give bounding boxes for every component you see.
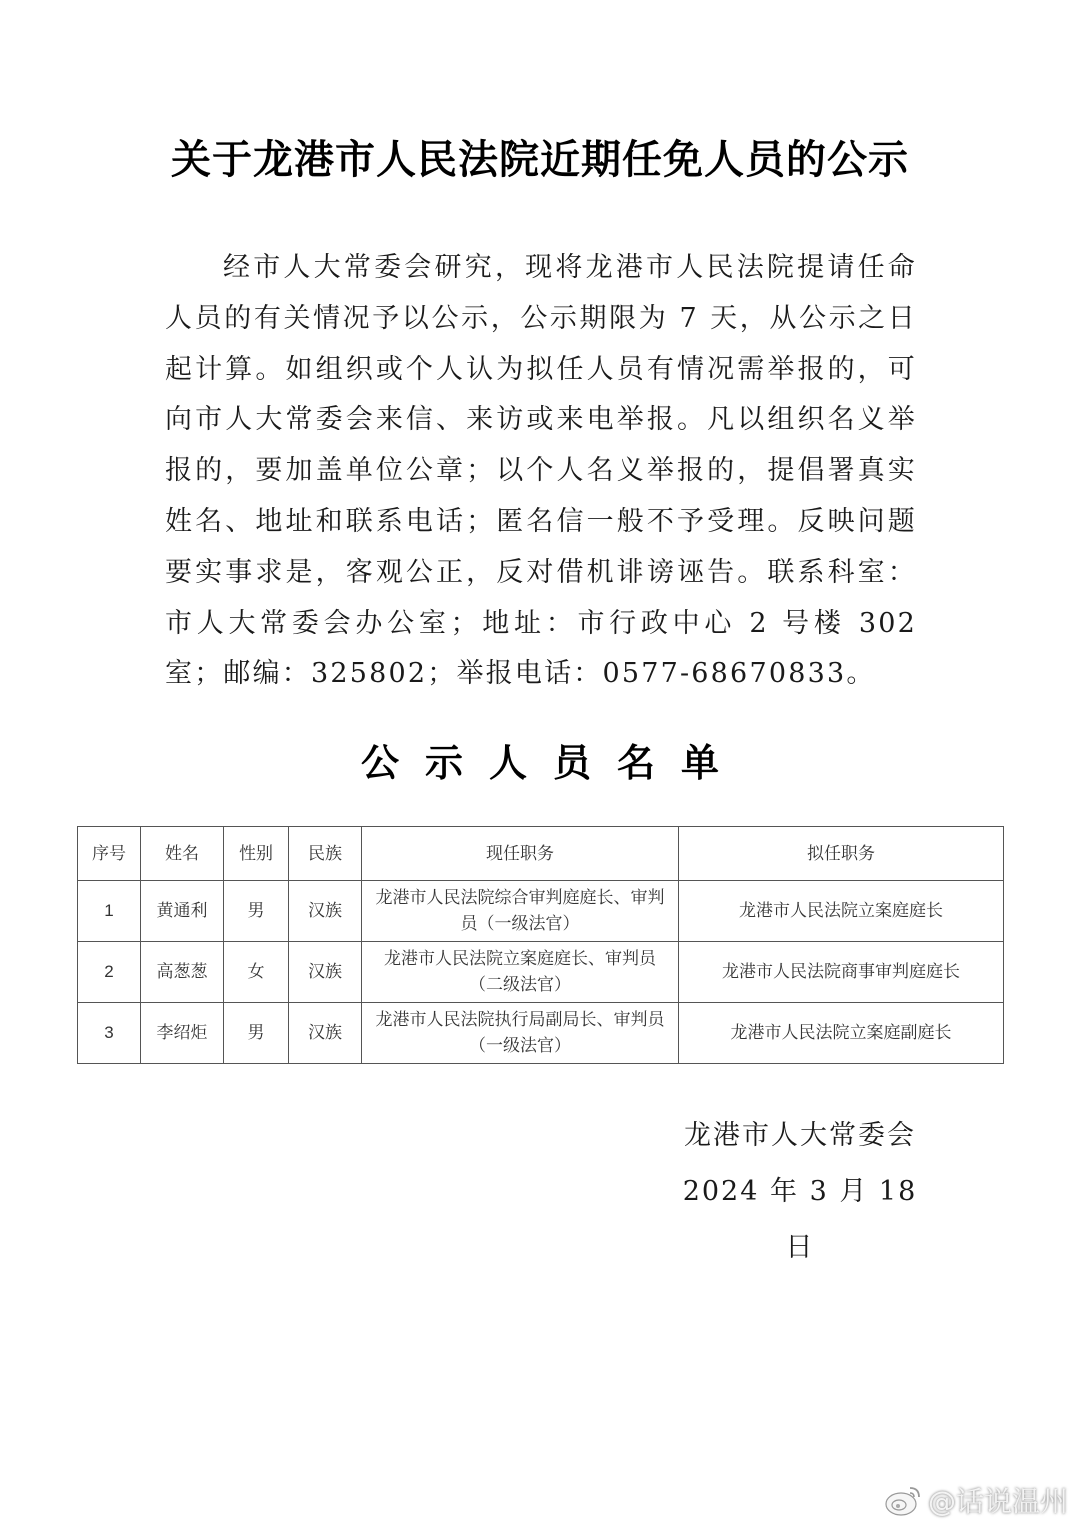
cell-current-post: 龙港市人民法院综合审判庭庭长、审判员（一级法官） xyxy=(362,881,679,942)
cell-ethnicity: 汉族 xyxy=(289,881,362,942)
table-row: 1 黄通利 男 汉族 龙港市人民法院综合审判庭庭长、审判员（一级法官） 龙港市人… xyxy=(78,881,1004,942)
notice-body: 经市人大常委会研究，现将龙港市人民法院提请任命人员的有关情况予以公示，公示期限为… xyxy=(165,243,917,700)
header-gender: 性别 xyxy=(224,827,289,881)
cell-proposed-post: 龙港市人民法院立案庭庭长 xyxy=(679,881,1004,942)
signature-date: 2024 年 3 月 18 日 xyxy=(680,1164,920,1276)
cell-current-post: 龙港市人民法院执行局副局长、审判员（一级法官） xyxy=(362,1003,679,1064)
cell-gender: 男 xyxy=(224,881,289,942)
table-header-row: 序号 姓名 性别 民族 现任职务 拟任职务 xyxy=(78,827,1004,881)
cell-proposed-post: 龙港市人民法院立案庭副庭长 xyxy=(679,1003,1004,1064)
table-row: 2 高葱葱 女 汉族 龙港市人民法院立案庭庭长、审判员（二级法官） 龙港市人民法… xyxy=(78,942,1004,1003)
watermark: @话说温州 xyxy=(884,1480,1068,1520)
table-row: 3 李绍炬 男 汉族 龙港市人民法院执行局副局长、审判员（一级法官） 龙港市人民… xyxy=(78,1003,1004,1064)
weibo-icon xyxy=(884,1482,924,1518)
cell-name: 黄通利 xyxy=(141,881,224,942)
header-name: 姓名 xyxy=(141,827,224,881)
document-title: 关于龙港市人民法院近期任免人员的公示 xyxy=(0,128,1080,185)
cell-seq: 2 xyxy=(78,942,141,1003)
list-title: 公示人员名单 xyxy=(0,732,1080,787)
signature-block: 龙港市人大常委会 2024 年 3 月 18 日 xyxy=(680,1108,920,1276)
cell-name: 高葱葱 xyxy=(141,942,224,1003)
cell-gender: 男 xyxy=(224,1003,289,1064)
cell-seq: 3 xyxy=(78,1003,141,1064)
personnel-table: 序号 姓名 性别 民族 现任职务 拟任职务 1 黄通利 男 汉族 龙港市人民法院… xyxy=(77,826,1004,1064)
cell-seq: 1 xyxy=(78,881,141,942)
header-proposed-post: 拟任职务 xyxy=(679,827,1004,881)
signature-org: 龙港市人大常委会 xyxy=(680,1108,920,1164)
cell-ethnicity: 汉族 xyxy=(289,942,362,1003)
cell-name: 李绍炬 xyxy=(141,1003,224,1064)
header-current-post: 现任职务 xyxy=(362,827,679,881)
cell-proposed-post: 龙港市人民法院商事审判庭庭长 xyxy=(679,942,1004,1003)
cell-ethnicity: 汉族 xyxy=(289,1003,362,1064)
header-ethnicity: 民族 xyxy=(289,827,362,881)
cell-gender: 女 xyxy=(224,942,289,1003)
header-seq: 序号 xyxy=(78,827,141,881)
watermark-text: @话说温州 xyxy=(928,1480,1068,1520)
cell-current-post: 龙港市人民法院立案庭庭长、审判员（二级法官） xyxy=(362,942,679,1003)
